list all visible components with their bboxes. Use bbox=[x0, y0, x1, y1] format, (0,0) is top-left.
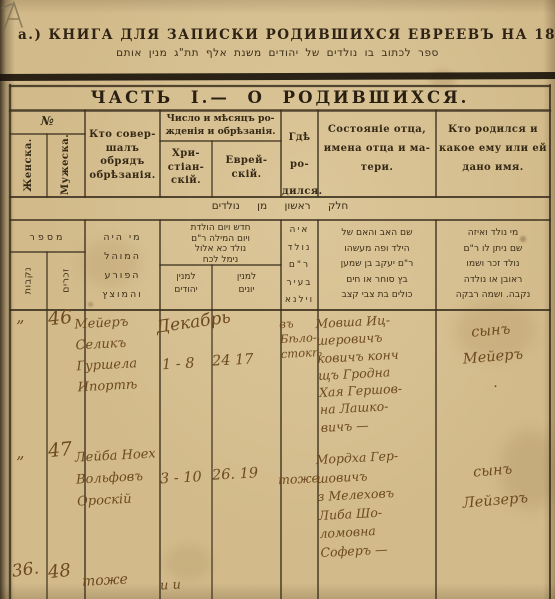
hebrew-header-count-christian: למנין יונים bbox=[213, 271, 280, 297]
section-title: ЧАСТЬ I.— О РОДИВШИХСЯ. bbox=[10, 88, 550, 107]
col-header-mohel: Кто совер- шалъ обрядъ обрѣзанія. bbox=[86, 128, 159, 182]
row-female-mark: „ bbox=[16, 308, 25, 325]
row-date-christian: 1 - 8 bbox=[162, 355, 209, 374]
col-header-male: Мужеска. bbox=[59, 135, 73, 195]
row-parents: Мордха Гер- шовичъ з Мелеховъ Либа Шо- л… bbox=[315, 445, 437, 562]
row-female-number: 36. bbox=[11, 560, 40, 581]
hebrew-header-where-born: איה נולד ר"ם בעיר וילנא bbox=[282, 222, 317, 310]
hebrew-header-who-born: מי נולד ואיזה שם ניתן לו ר"ם נולד זכר וש… bbox=[437, 225, 549, 303]
row-number: 46 bbox=[47, 307, 73, 329]
col-header-female: Женска. bbox=[22, 135, 36, 195]
row-number: 47 bbox=[47, 439, 73, 461]
hebrew-header-dates-group: חדש ויום הולדת ויום המילה ר"ם נולד כא אל… bbox=[161, 223, 280, 265]
row-child-name: сынъ Мейеръ . bbox=[445, 314, 541, 400]
hebrew-header-number: מספר bbox=[10, 231, 85, 244]
hebrew-header-father-mother: שם האב והאם של הילד ופה מעשהו ר"ם יעקב ב… bbox=[319, 225, 435, 303]
col-header-where-born: Гдѣ ро- дился. bbox=[282, 124, 317, 205]
row-date-jewish: 24 17 bbox=[212, 350, 277, 370]
row-date-christian: и и bbox=[160, 574, 221, 594]
hebrew-header-mohel: מי היה המוהל הפורע והמוצץ bbox=[86, 228, 159, 304]
row-parents: Мовша Иц- шеровичъ ковичъ конч щъ Гродна… bbox=[315, 309, 437, 436]
row-child-name: сынъ Лейзеръ bbox=[444, 452, 545, 520]
col-header-dates-group: Число и мѣсяцъ ро- жденія и обрѣзанія. bbox=[161, 113, 280, 138]
row-number: 48 bbox=[47, 561, 72, 583]
row-date-jewish: 26. 19 bbox=[212, 464, 279, 484]
col-header-number-sign: № bbox=[10, 115, 85, 129]
col-header-father-mother: Состояніе отца, имена отца и ма- тери. bbox=[319, 120, 435, 177]
col-header-christian: Хри- стіан- скій. bbox=[161, 147, 211, 188]
hebrew-header-count-jewish: למנין יהודים bbox=[161, 271, 211, 297]
registry-page-scan: а.) КНИГА ДЛЯ ЗАПИСКИ РОДИВШИХСЯ ЕВРЕЕВЪ… bbox=[0, 0, 555, 599]
row-female-mark: „ bbox=[16, 444, 25, 461]
hebrew-span-line: חלק ראשון מן נולדים bbox=[10, 200, 550, 213]
hebrew-header-female: נקבות bbox=[22, 255, 35, 307]
col-header-jewish: Еврей- скій. bbox=[213, 154, 280, 181]
hebrew-header-male: זכרים bbox=[60, 255, 73, 307]
row-date-christian: 3 - 10 bbox=[160, 469, 213, 489]
col-header-who-born: Кто родился и какое ему или ей дано имя. bbox=[437, 120, 549, 177]
